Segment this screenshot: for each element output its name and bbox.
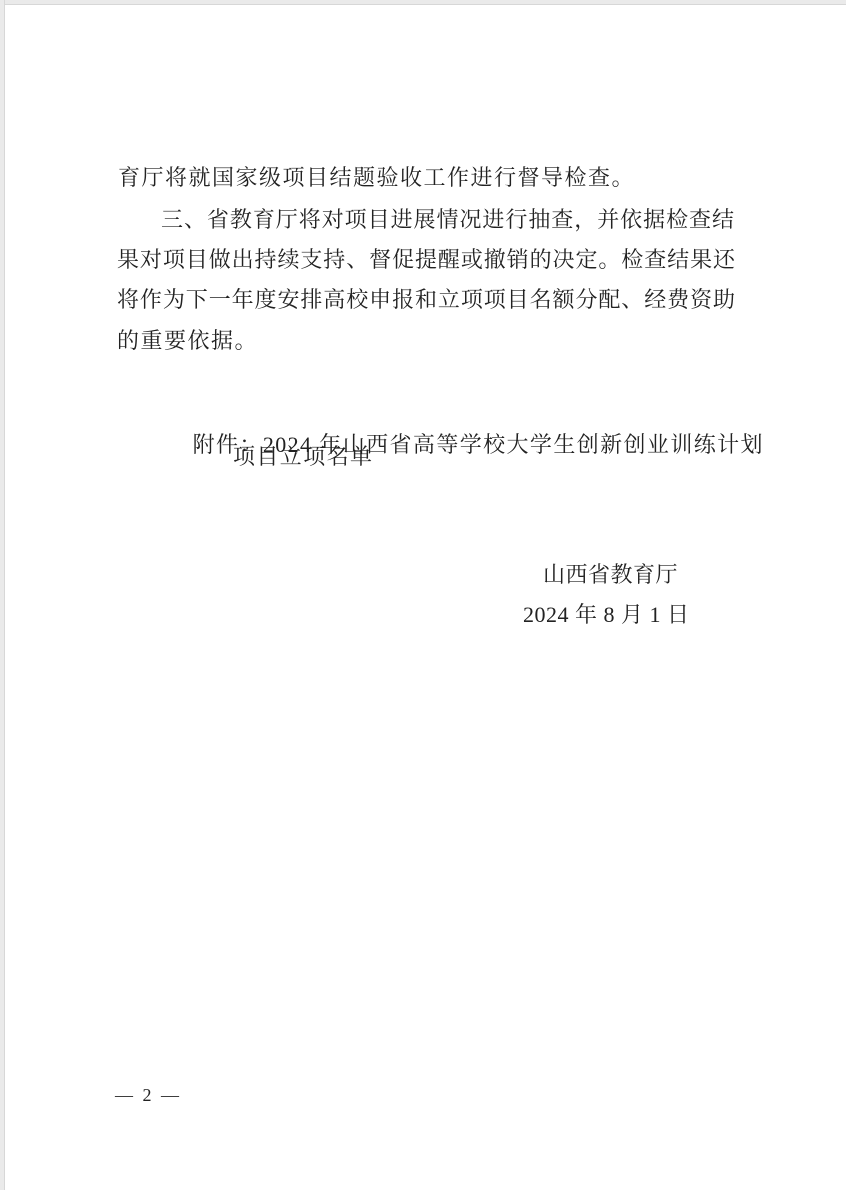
scanned-document-page: 育厅将就国家级项目结题验收工作进行督导检查。 三、省教育厅将对项目进展情况进行抽… xyxy=(0,0,846,1190)
scan-edge-top xyxy=(0,0,846,5)
body-text-line-1: 育厅将就国家级项目结题验收工作进行督导检查。 xyxy=(118,164,635,191)
body-text-line-4: 将作为下一年度安排高校申报和立项项目名额分配、经费资助 xyxy=(117,286,735,313)
body-text-line-3: 果对项目做出持续支持、督促提醒或撤销的决定。检查结果还 xyxy=(117,246,735,273)
body-text-line-2: 三、省教育厅将对项目进展情况进行抽查，并依据检查结 xyxy=(161,206,734,233)
page-number: — 2 — xyxy=(115,1082,182,1109)
attachment-title-line-2: 项目立项名单 xyxy=(233,443,373,470)
scan-edge-left xyxy=(0,0,5,1190)
signature-issuer: 山西省教育厅 xyxy=(543,561,678,588)
body-text-line-5: 的重要依据。 xyxy=(117,327,258,354)
signature-date: 2024 年 8 月 1 日 xyxy=(523,601,690,628)
